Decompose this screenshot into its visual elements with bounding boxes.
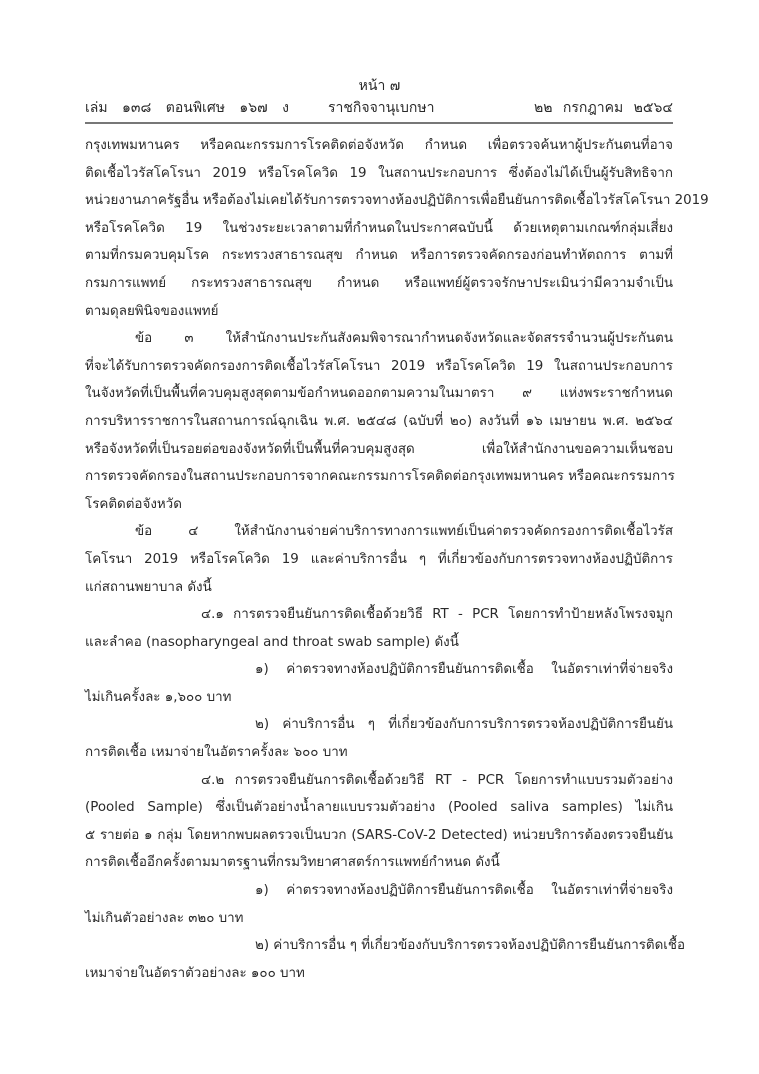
text-line: โคโรนา 2019 หรือโรคโควิด 19 และค่าบริการ… [85,546,673,574]
text-line: และลำคอ (nasopharyngeal and throat swab … [85,629,673,657]
text-line: ๑) ค่าตรวจทางห้องปฏิบัติการยืนยันการติดเ… [85,877,673,905]
text-line: หน่วยงานภาครัฐอื่น หรือต้องไม่เคยได้รับก… [85,187,673,215]
text-line: ไม่เกินตัวอย่างละ ๓๒๐ บาท [85,905,673,933]
text-line: ที่จะได้รับการตรวจคัดกรองการติดเชื้อไวรั… [85,353,673,381]
text-line: แก่สถานพยาบาล ดังนี้ [85,574,673,602]
text-line: (Pooled Sample) ซึ่งเป็นตัวอย่างน้ำลายแบ… [85,794,673,822]
page-number: หน้า ๗ [0,75,759,97]
gazette-title: ราชกิจจานุเบกษา [328,97,434,119]
text-line: กรมการแพทย์ กระทรวงสาธารณสุข กำหนด หรือแ… [85,270,673,298]
document-body: กรุงเทพมหานคร หรือคณะกรรมการโรคติดต่อจัง… [85,132,673,987]
text-line: ติดเชื้อไวรัสโคโรนา 2019 หรือโรคโควิด 19… [85,160,673,188]
publication-date: ๒๒ กรกฎาคม ๒๕๖๔ [534,97,673,119]
text-line: ๑) ค่าตรวจทางห้องปฏิบัติการยืนยันการติดเ… [85,656,673,684]
text-line: กรุงเทพมหานคร หรือคณะกรรมการโรคติดต่อจัง… [85,132,673,160]
text-line: หรือโรคโควิด 19 ในช่วงระยะเวลาตามที่กำหน… [85,215,673,243]
text-line: ๔.๒ การตรวจยืนยันการติดเชื้อด้วยวิธี RT … [85,767,673,795]
text-line: เหมาจ่ายในอัตราตัวอย่างละ ๑๐๐ บาท [85,960,673,988]
text-line: ๒) ค่าบริการอื่น ๆ ที่เกี่ยวข้องกับการบร… [85,711,673,739]
gazette-header: เล่ม ๑๓๘ ตอนพิเศษ ๑๖๗ ง ราชกิจจานุเบกษา … [85,97,673,119]
text-line: ๕ รายต่อ ๑ กลุ่ม โดยหากพบผลตรวจเป็นบวก (… [85,822,673,850]
text-line: ๔.๑ การตรวจยืนยันการติดเชื้อด้วยวิธี RT … [85,601,673,629]
text-line: ๒) ค่าบริการอื่น ๆ ที่เกี่ยวข้องกับบริกา… [85,932,673,960]
text-line: ตามที่กรมควบคุมโรค กระทรวงสาธารณสุข กำหน… [85,242,673,270]
text-line: ไม่เกินครั้งละ ๑,๖๐๐ บาท [85,684,673,712]
text-line: ตามดุลยพินิจของแพทย์ [85,298,673,326]
text-line: การตรวจคัดกรองในสถานประกอบการจากคณะกรรมก… [85,463,673,491]
text-line: ในจังหวัดที่เป็นพื้นที่ควบคุมสูงสุดตามข้… [85,380,673,408]
text-line: ข้อ ๓ ให้สำนักงานประกันสังคมพิจารณากำหนด… [85,325,673,353]
text-line: โรคติดต่อจังหวัด [85,491,673,519]
header-divider [85,122,673,124]
text-line: ข้อ ๔ ให้สำนักงานจ่ายค่าบริการทางการแพทย… [85,518,673,546]
text-line: การติดเชื้อ เหมาจ่ายในอัตราครั้งละ ๖๐๐ บ… [85,739,673,767]
text-line: การบริหารราชการในสถานการณ์ฉุกเฉิน พ.ศ. ๒… [85,408,673,436]
text-line: หรือจังหวัดที่เป็นรอยต่อของจังหวัดที่เป็… [85,436,673,464]
volume-issue: เล่ม ๑๓๘ ตอนพิเศษ ๑๖๗ ง [85,97,289,119]
text-line: การติดเชื้ออีกครั้งตามมาตรฐานที่กรมวิทยา… [85,849,673,877]
